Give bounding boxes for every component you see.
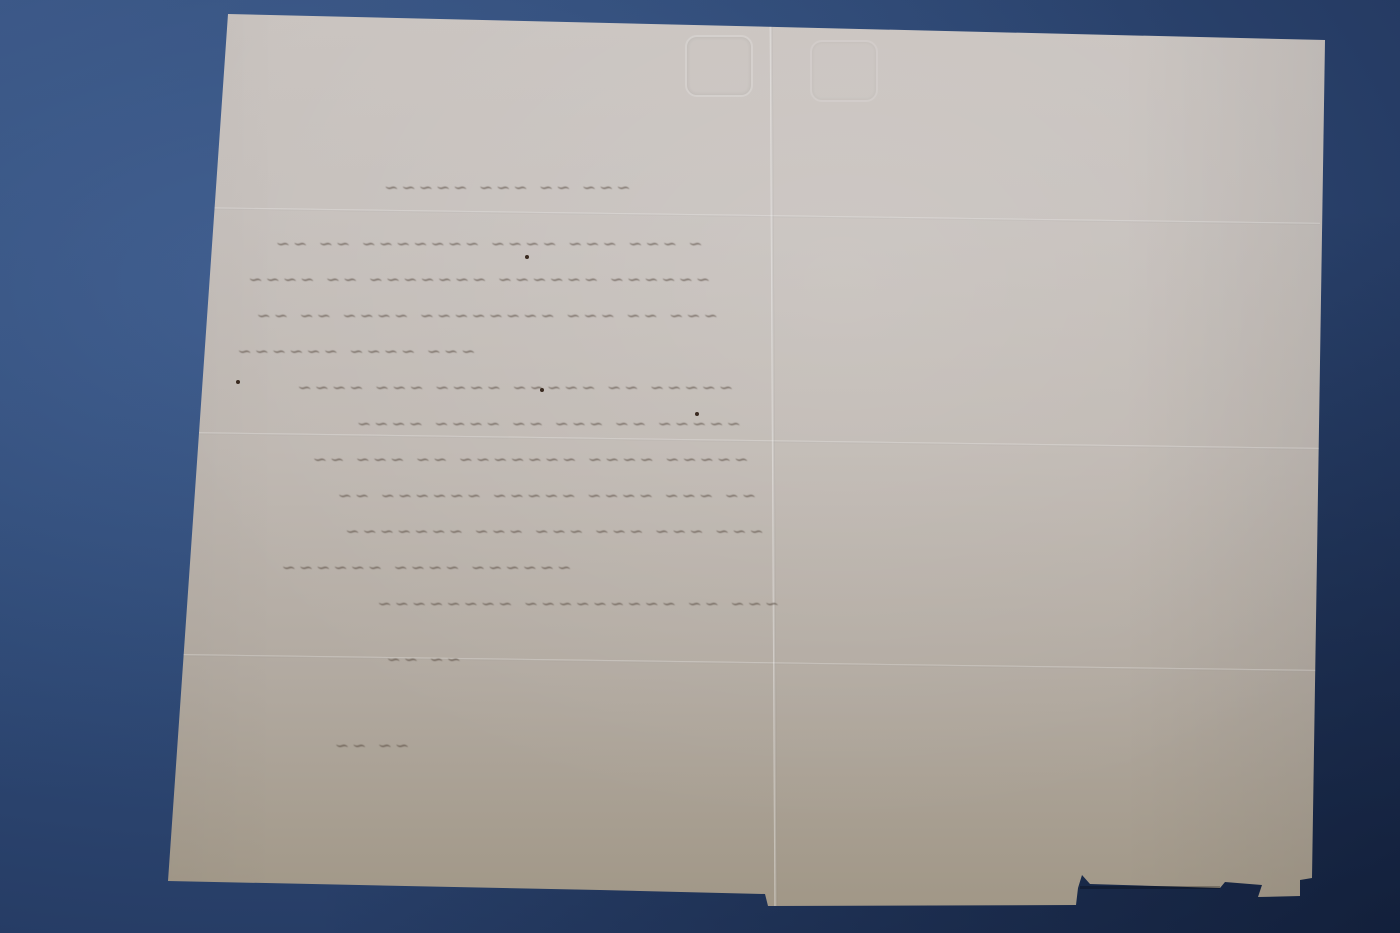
letter-line: ~~~ ~~ ~~~~~~~~~ ~~~~~~~~	[255, 586, 783, 622]
torn-edge-shadow	[1080, 886, 1220, 889]
embossed-stamp-right	[810, 40, 878, 102]
letter-closing: ~~ ~~	[267, 642, 795, 678]
letter-heading: ~~~ ~~ ~~~ ~~~~~	[167, 170, 695, 206]
ink-spot	[540, 388, 544, 392]
ink-spot	[695, 412, 699, 416]
letter-line: ~~~~~~ ~~~~ ~~~~~~	[248, 550, 776, 586]
letter-date-mark: ~~ ~~	[285, 728, 813, 764]
letter-line: ~~~~~ ~~ ~~~ ~~ ~~~~ ~~~~	[217, 406, 745, 442]
letter-line: ~~~~~ ~~~~ ~~~~~~~ ~~ ~~~ ~~	[225, 442, 753, 478]
letter-line: ~~~~~~ ~~~~~~ ~~~~~~~ ~~ ~~~~	[186, 262, 714, 298]
letter-line: ~~~ ~~~ ~~~ ~~~ ~~~ ~~~~~~~	[240, 514, 768, 550]
letter-line: ~~~~~ ~~ ~~~~~ ~~~~ ~~~ ~~~~	[209, 370, 737, 406]
ink-spot	[236, 380, 240, 384]
ink-spot	[525, 255, 529, 259]
embossed-stamp-left	[685, 35, 753, 97]
letter-line: ~ ~~~ ~~~ ~~~~ ~~~~~~~ ~~ ~~	[179, 226, 707, 262]
letter-line: ~~~ ~~~~ ~~~~~~	[202, 334, 730, 370]
letter-line: ~~ ~~~ ~~~~ ~~~~~ ~~~~~~ ~~	[232, 478, 760, 514]
letter-line: ~~~ ~~ ~~~ ~~~~~~~~ ~~~~ ~~ ~~	[194, 298, 722, 334]
